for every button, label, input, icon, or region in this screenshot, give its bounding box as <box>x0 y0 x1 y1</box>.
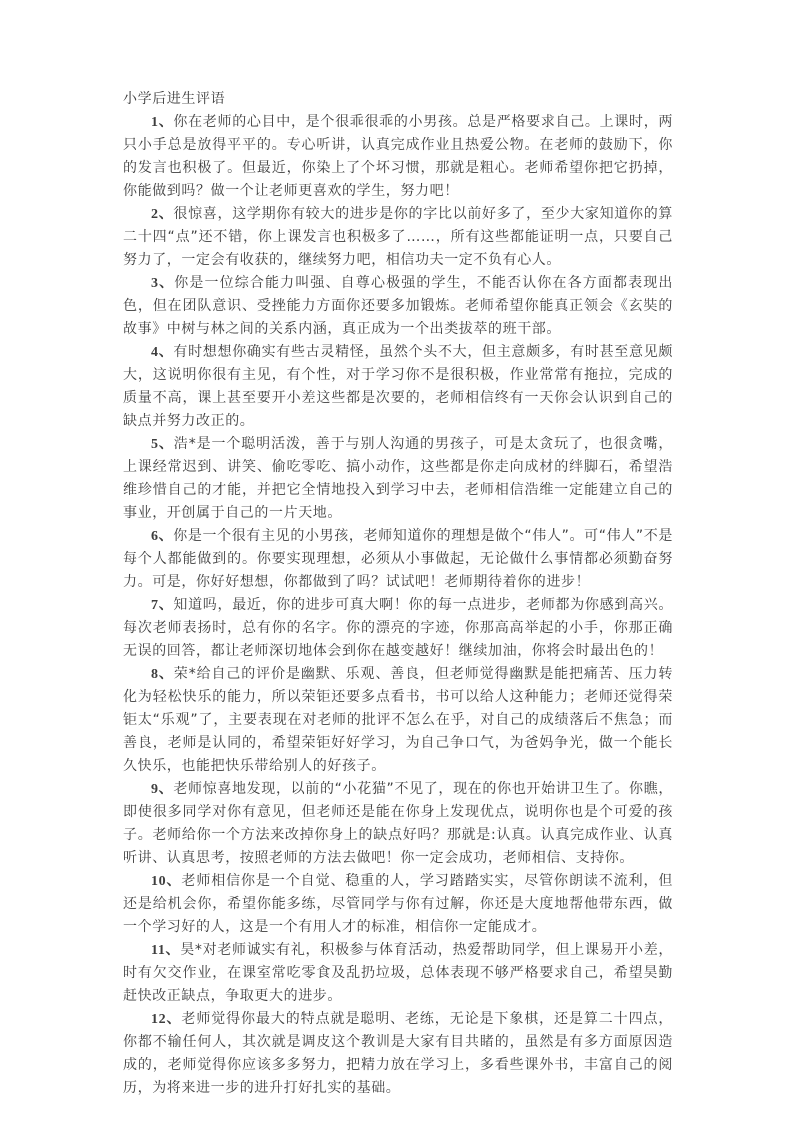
paragraph-list: 1、你在老师的心目中，是个很乖很乖的小男孩。总是严格要求自己。上课时，两只小手总… <box>123 111 673 1100</box>
paragraph-text: 你在老师的心目中，是个很乖很乖的小男孩。总是严格要求自己。上课时，两只小手总是放… <box>123 114 673 199</box>
paragraph-marker: 11、 <box>151 943 180 958</box>
paragraph: 1、你在老师的心目中，是个很乖很乖的小男孩。总是严格要求自己。上课时，两只小手总… <box>123 111 673 203</box>
paragraph-text: 荣*给自己的评价是幽默、乐观、善良，但老师觉得幽默是能把痛苦、压力转化为轻松快乐… <box>123 666 673 774</box>
paragraph-marker: 1、 <box>151 115 173 130</box>
paragraph: 6、你是一个很有主见的小男孩，老师知道你的理想是做个“伟人”。可“伟人”不是每个… <box>123 525 673 594</box>
paragraph-text: 你是一位综合能力叫强、自尊心极强的学生，不能否认你在各方面都表现出色，但在团队意… <box>123 275 673 337</box>
paragraph-text: 浩*是一个聪明活泼，善于与别人沟通的男孩子，可是太贪玩了，也很贪嘴，上课经常迟到… <box>123 436 673 521</box>
document-title: 小学后进生评语 <box>123 88 673 111</box>
paragraph: 12、老师觉得你最大的特点就是聪明、老练，无论是下象棋，还是算二十四点，你都不输… <box>123 1008 673 1100</box>
paragraph: 9、老师惊喜地发现，以前的“小花猫”不见了，现在的你也开始讲卫生了。你瞧，即使很… <box>123 778 673 870</box>
paragraph-text: 老师觉得你最大的特点就是聪明、老练，无论是下象棋，还是算二十四点，你都不输任何人… <box>123 1011 673 1096</box>
paragraph-text: 有时想想你确实有些古灵精怪，虽然个头不大，但主意颇多，有时甚至意见颇大，这说明你… <box>123 344 673 429</box>
document-content: 小学后进生评语 1、你在老师的心目中，是个很乖很乖的小男孩。总是严格要求自己。上… <box>123 88 673 1100</box>
paragraph: 2、很惊喜，这学期你有较大的进步是你的字比以前好多了，至少大家知道你的算二十四“… <box>123 203 673 272</box>
paragraph-marker: 5、 <box>151 437 174 452</box>
paragraph-marker: 7、 <box>151 598 173 613</box>
paragraph: 7、知道吗，最近，你的进步可真大啊！你的每一点进步，老师都为你感到高兴。每次老师… <box>123 594 673 663</box>
paragraph-marker: 12、 <box>151 1012 181 1027</box>
paragraph-marker: 9、 <box>151 782 173 797</box>
paragraph-marker: 2、 <box>151 207 173 222</box>
paragraph-text: 昊*对老师诚实有礼，积极参与体育活动，热爱帮助同学，但上课易开小差，时有欠交作业… <box>123 942 673 1004</box>
paragraph: 4、有时想想你确实有些古灵精怪，虽然个头不大，但主意颇多，有时甚至意见颇大，这说… <box>123 341 673 433</box>
paragraph-text: 老师惊喜地发现，以前的“小花猫”不见了，现在的你也开始讲卫生了。你瞧，即使很多同… <box>123 781 673 866</box>
paragraph-marker: 3、 <box>151 276 174 291</box>
paragraph-marker: 6、 <box>151 529 173 544</box>
paragraph-text: 很惊喜，这学期你有较大的进步是你的字比以前好多了，至少大家知道你的算二十四“点”… <box>123 206 673 268</box>
paragraph-text: 知道吗，最近，你的进步可真大啊！你的每一点进步，老师都为你感到高兴。每次老师表扬… <box>123 597 673 659</box>
paragraph: 8、荣*给自己的评价是幽默、乐观、善良，但老师觉得幽默是能把痛苦、压力转化为轻松… <box>123 663 673 778</box>
paragraph-text: 老师相信你是一个自觉、稳重的人，学习踏踏实实，尽管你朗读不流利，但还是给机会你，… <box>123 873 673 935</box>
paragraph-marker: 10、 <box>151 874 181 889</box>
paragraph-text: 你是一个很有主见的小男孩，老师知道你的理想是做个“伟人”。可“伟人”不是每个人都… <box>123 528 673 590</box>
paragraph: 10、老师相信你是一个自觉、稳重的人，学习踏踏实实，尽管你朗读不流利，但还是给机… <box>123 870 673 939</box>
document-page: 小学后进生评语 1、你在老师的心目中，是个很乖很乖的小男孩。总是严格要求自己。上… <box>0 0 793 1122</box>
paragraph: 5、浩*是一个聪明活泼，善于与别人沟通的男孩子，可是太贪玩了，也很贪嘴，上课经常… <box>123 433 673 525</box>
paragraph-marker: 8、 <box>151 667 174 682</box>
paragraph: 3、你是一位综合能力叫强、自尊心极强的学生，不能否认你在各方面都表现出色，但在团… <box>123 272 673 341</box>
paragraph-marker: 4、 <box>151 345 173 360</box>
paragraph: 11、昊*对老师诚实有礼，积极参与体育活动，热爱帮助同学，但上课易开小差，时有欠… <box>123 939 673 1008</box>
